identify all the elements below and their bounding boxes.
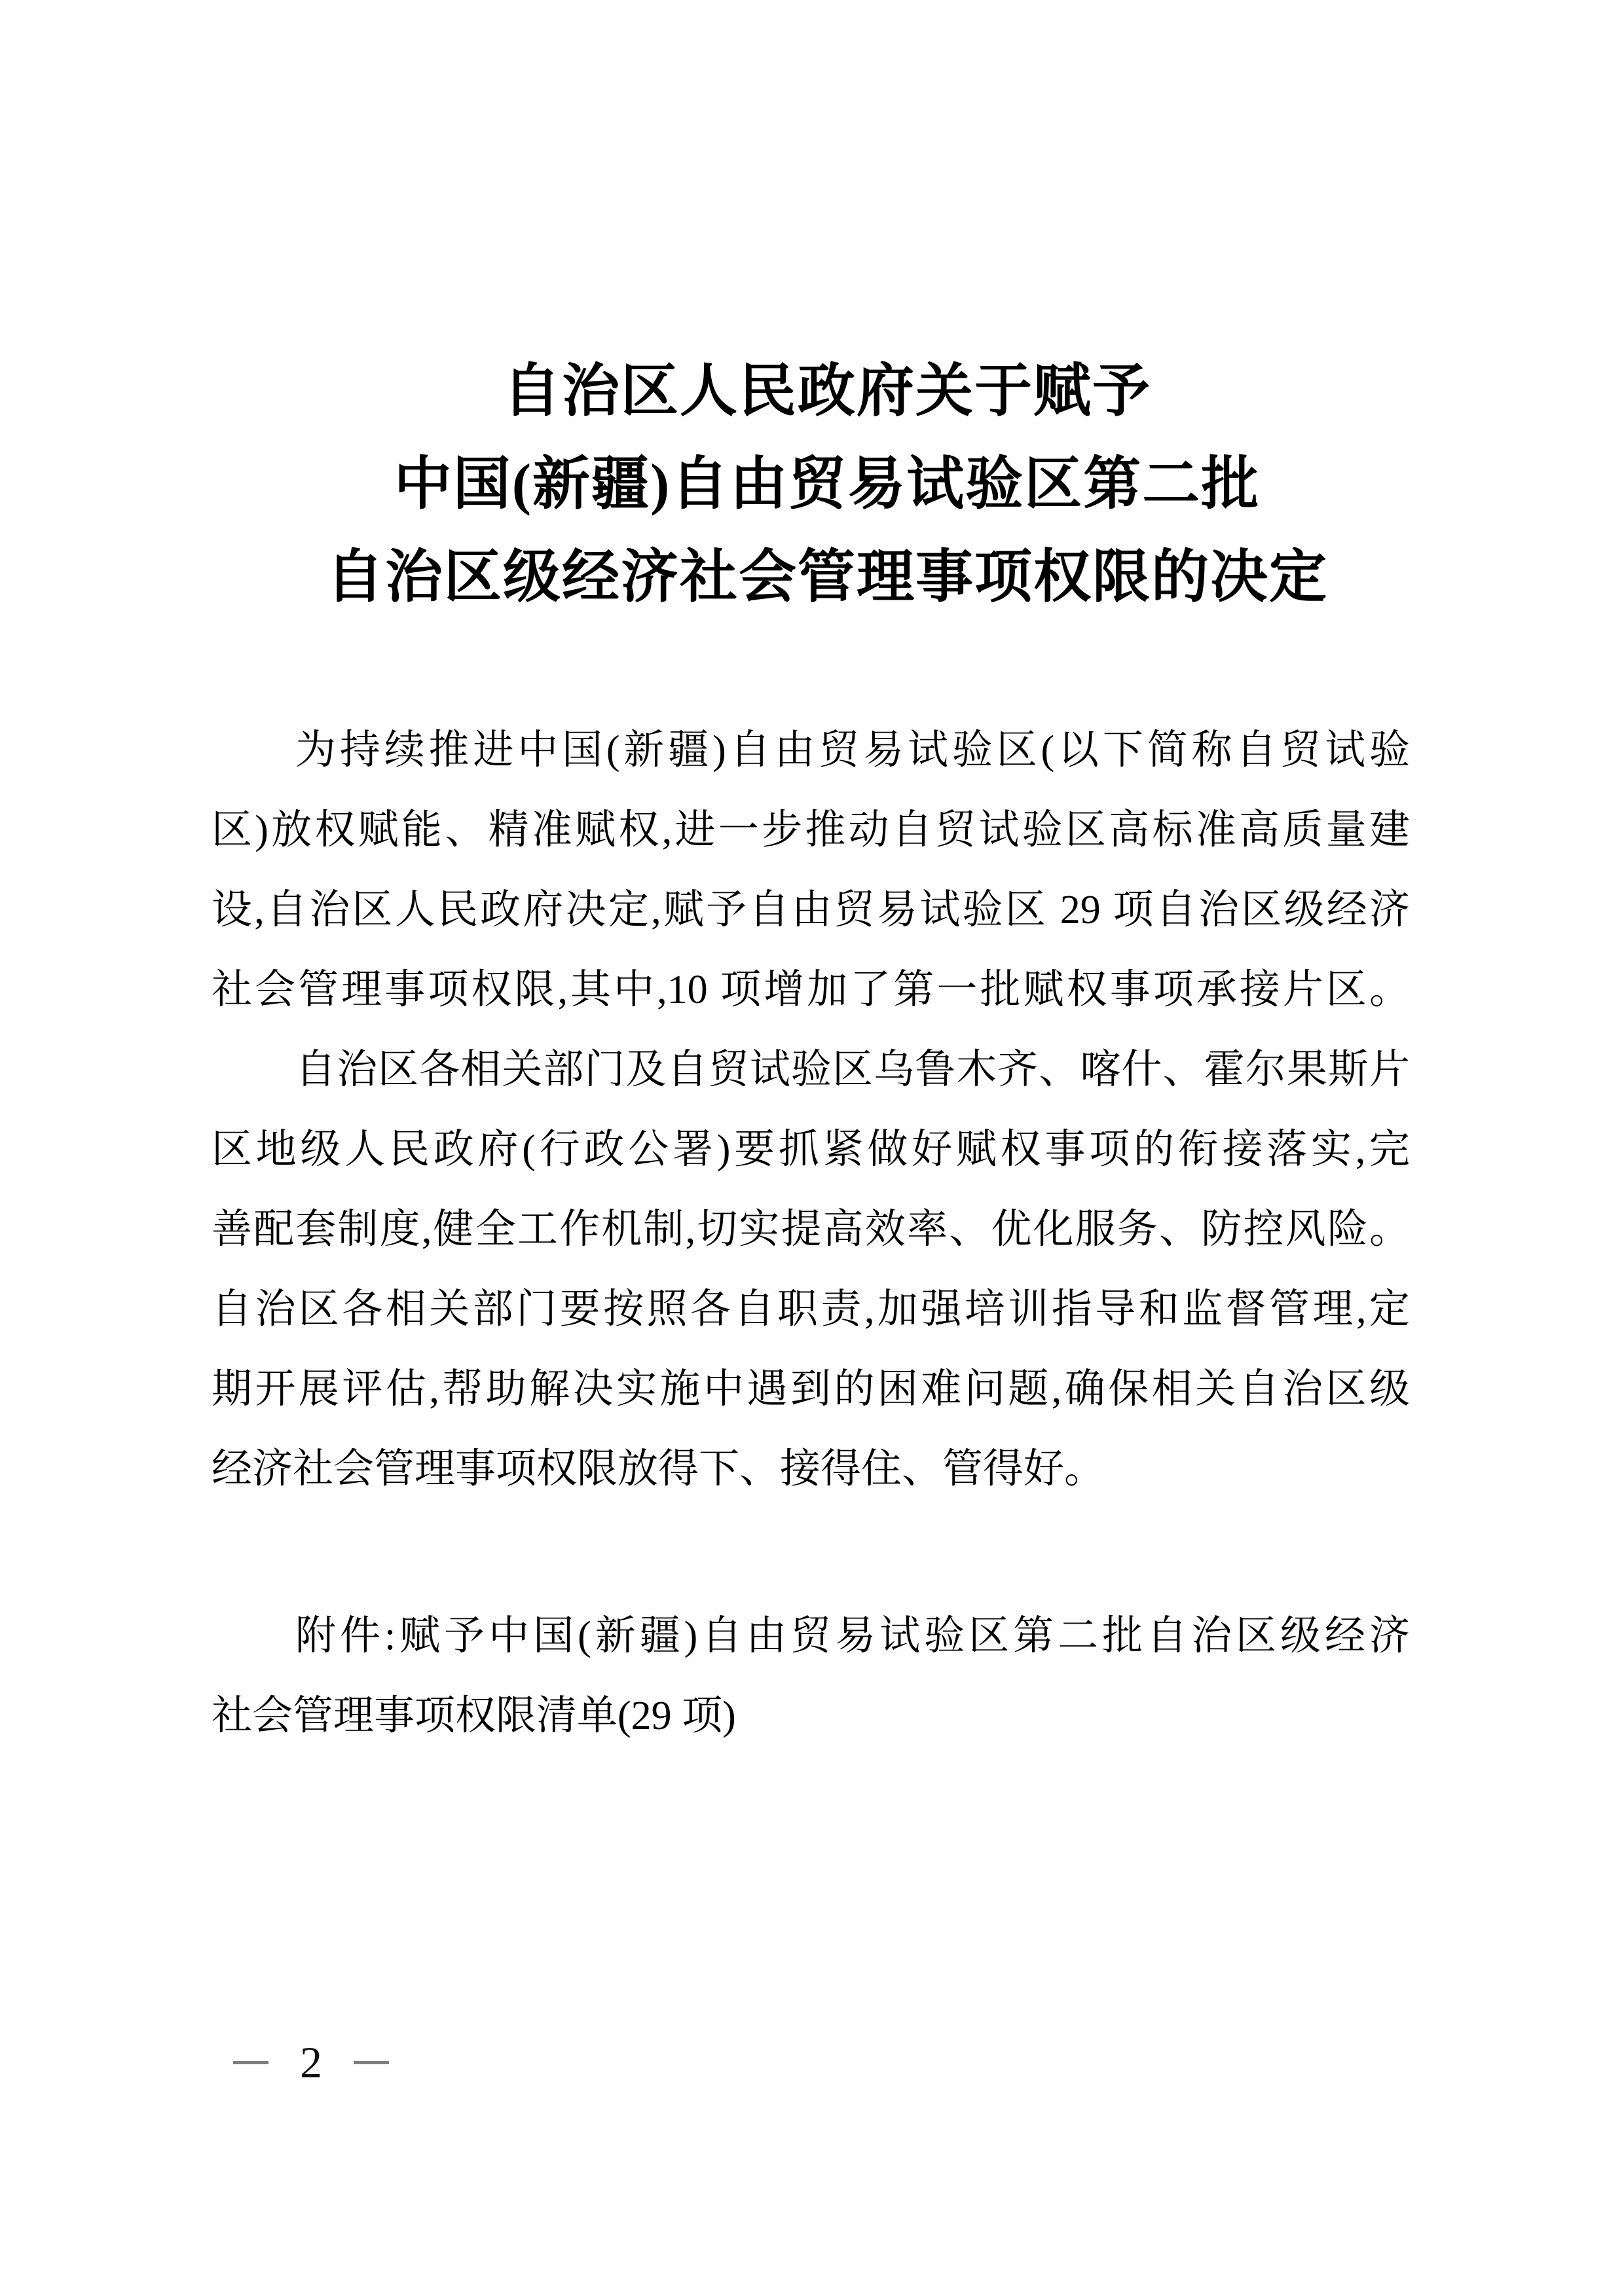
body-paragraph1-line: 区)放权赋能、精准赋权,进一步推动自贸试验区高标准高质量建 xyxy=(212,790,1410,870)
body-paragraph2-line: 自治区各相关部门及自贸试验区乌鲁木齐、喀什、霍尔果斯片 xyxy=(212,1030,1410,1110)
body-paragraph1-line: 社会管理事项权限,其中,10 项增加了第一批赋权事项承接片区。 xyxy=(212,950,1410,1030)
title-line-2: 中国(新疆)自由贸易试验区第二批 xyxy=(228,439,1426,532)
page-footer: 2 xyxy=(233,2035,389,2090)
attachment-line-2: 社会管理事项权限清单(29 项) xyxy=(212,1676,1410,1756)
body-paragraph1-line: 设,自治区人民政府决定,赋予自由贸易试验区 29 项自治区级经济 xyxy=(212,870,1410,950)
body-paragraph2-line: 区地级人民政府(行政公署)要抓紧做好赋权事项的衔接落实,完 xyxy=(212,1110,1410,1190)
page-number: 2 xyxy=(300,2040,322,2085)
document-title: 自治区人民政府关于赋予 中国(新疆)自由贸易试验区第二批 自治区级经济社会管理事… xyxy=(228,346,1426,625)
footer-dash-right xyxy=(354,2061,389,2064)
document-body: 为持续推进中国(新疆)自由贸易试验区(以下简称自贸试验 区)放权赋能、精准赋权,… xyxy=(212,710,1410,1509)
document-page: 自治区人民政府关于赋予 中国(新疆)自由贸易试验区第二批 自治区级经济社会管理事… xyxy=(0,0,1624,2296)
title-line-1: 自治区人民政府关于赋予 xyxy=(228,346,1426,439)
footer-dash-left xyxy=(233,2061,268,2064)
body-paragraph1-line: 为持续推进中国(新疆)自由贸易试验区(以下简称自贸试验 xyxy=(212,710,1410,790)
body-paragraph2-line: 自治区各相关部门要按照各自职责,加强培训指导和监督管理,定 xyxy=(212,1269,1410,1349)
title-line-3: 自治区级经济社会管理事项权限的决定 xyxy=(228,532,1426,625)
body-paragraph2-line: 经济社会管理事项权限放得下、接得住、管得好。 xyxy=(212,1429,1410,1509)
attachment-note: 附件:赋予中国(新疆)自由贸易试验区第二批自治区级经济 社会管理事项权限清单(2… xyxy=(212,1596,1410,1756)
body-paragraph2-line: 善配套制度,健全工作机制,切实提高效率、优化服务、防控风险。 xyxy=(212,1190,1410,1269)
attachment-line-1: 附件:赋予中国(新疆)自由贸易试验区第二批自治区级经济 xyxy=(212,1596,1410,1676)
body-paragraph2-line: 期开展评估,帮助解决实施中遇到的困难问题,确保相关自治区级 xyxy=(212,1349,1410,1429)
